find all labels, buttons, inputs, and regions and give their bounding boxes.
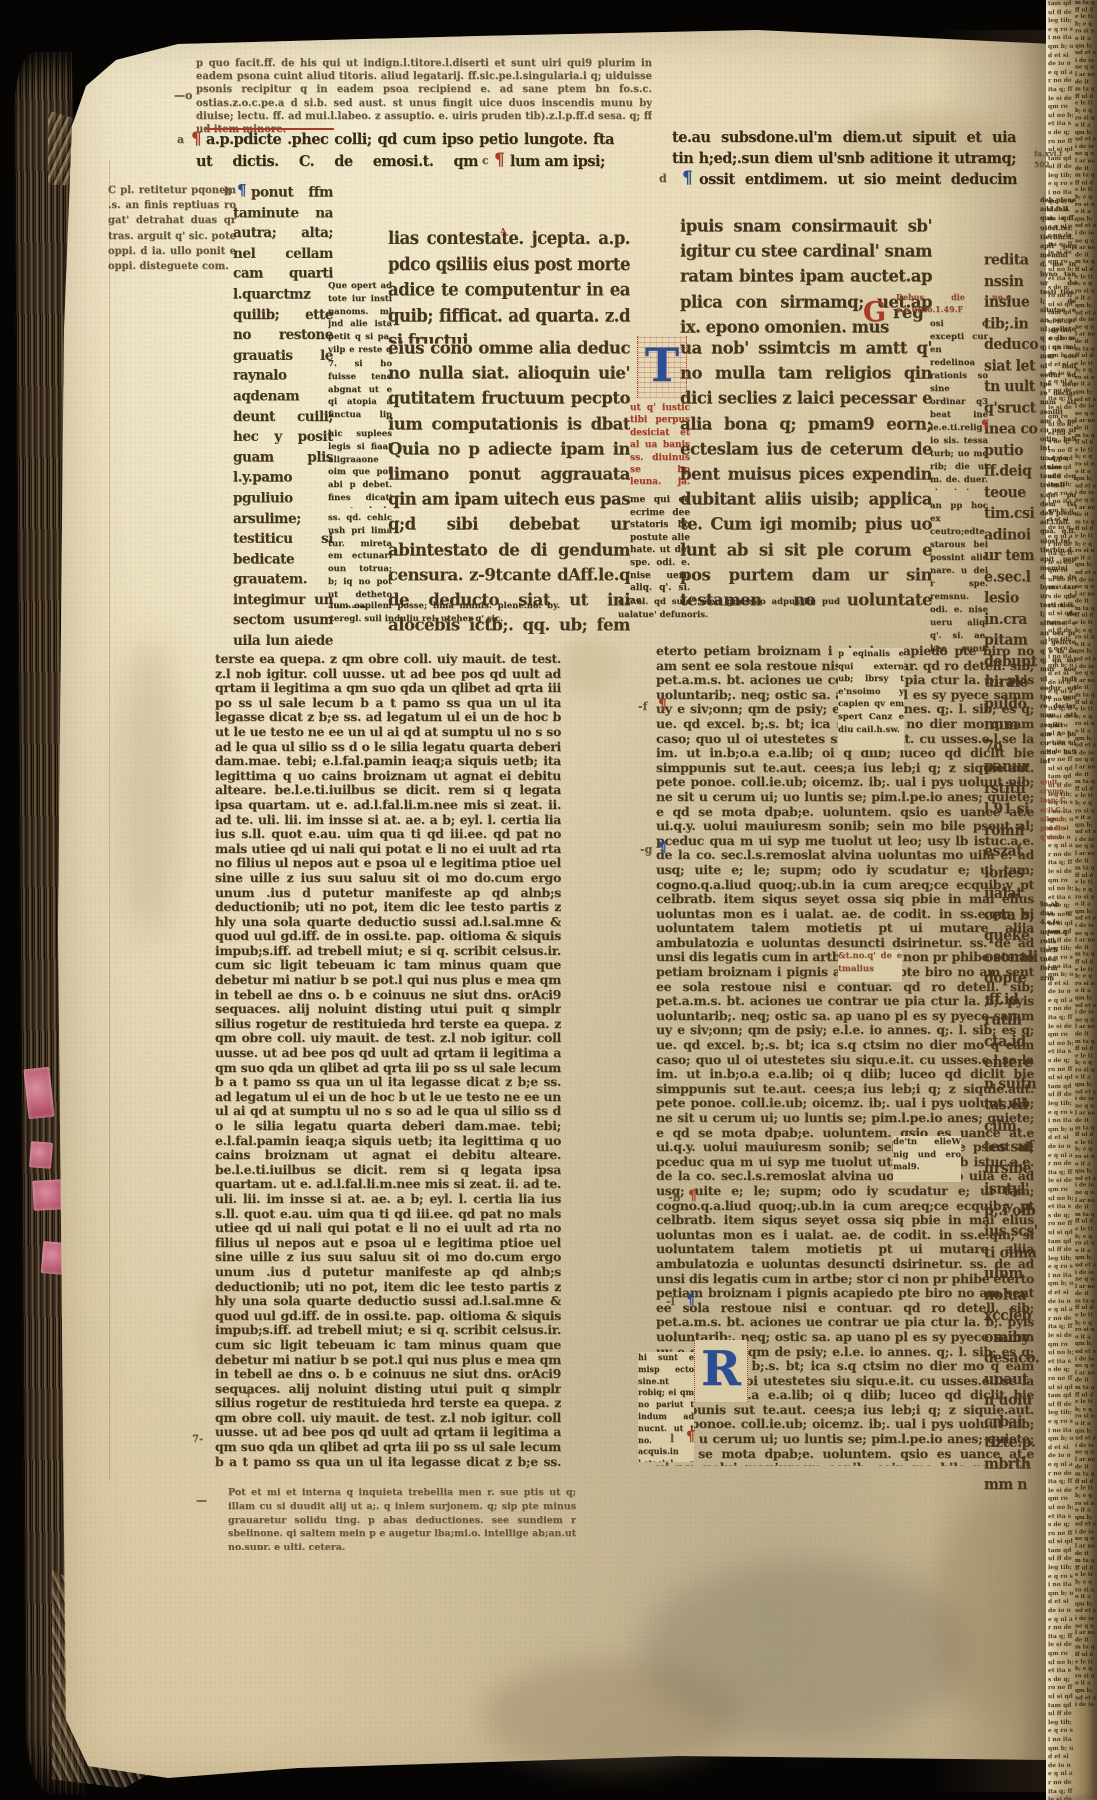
facing-page-text-column-2: m ta q ff ul de le ti b; e q ro si no it… — [1075, 0, 1096, 1710]
right-gloss-pilcrow-2: ¶ — [658, 840, 673, 860]
footnote-dash: — — [196, 1494, 222, 1508]
gloss-si-ho: 7. si ho fuisse tene abgnat ut e qi atop… — [328, 358, 392, 422]
right-gloss-marker-f: -f — [638, 700, 654, 716]
header-left-rubric-line — [206, 128, 334, 130]
micro-gloss-col-2: §n.ab dua n 4.e.io uqem.q. roils tiscb t… — [1040, 900, 1070, 1012]
right-gloss-pilcrow-1: ¶ — [658, 697, 673, 717]
gloss-hic-suplees: hic suplees legis si fiaat aligraaone oi… — [328, 428, 392, 508]
right-gloss-marker-b: -b — [668, 1191, 684, 1207]
right-gloss-marker-l: -l — [666, 1295, 682, 1311]
bookmark-tab — [29, 1141, 53, 1168]
right-gloss-marker-l2: l — [670, 1432, 684, 1448]
bookmark-tab — [23, 1067, 54, 1119]
header-right-line-3: ossit entdimem. ut sio meint deducim ipi… — [699, 169, 1017, 192]
header-right-line-2: tin h;ed;.sun diem ul'snb aditione it ut… — [672, 148, 1016, 171]
header-ref-letter-a: a — [177, 133, 191, 149]
mini-gloss-detn: de'tn elieW nig und ero mal9. — [893, 1136, 961, 1182]
footnote-marker: 7- — [192, 1434, 214, 1448]
rightmargin-gloss-2: an pp hoc ex ceutro;edte starous bei pos… — [930, 500, 988, 652]
header-left-line-1: a.p.pdicte .phec colli; qd cum ipso peti… — [206, 129, 614, 152]
leaf-number-annotation: fa.xvi.f 502 — [1034, 148, 1080, 178]
initial-R: R — [694, 1340, 748, 1402]
right-narrow-column-pilcrow: ¶ — [981, 418, 995, 436]
farleft-marginal-gloss: C pl. retitetur pqonem .s. an finis rept… — [108, 183, 236, 277]
mainleft-column-top: lias contestate. jcepta. a.p. pdco qsili… — [388, 226, 630, 344]
header-ref-letter-d: d — [659, 172, 671, 188]
header-left-pilcrow-2: ¶ — [494, 150, 510, 172]
right-gloss-marker-g: -g — [640, 843, 656, 859]
gloss-ss-qd: ss. qd. cehic ush pri lima tur. mireta e… — [328, 512, 392, 608]
header-right-line-1: te.au subsdone.ul'm diem.ut sipuit et ui… — [672, 127, 1016, 150]
gloss-d-c-al: d.C.al. qd sule' ssen gmissao adpustib; … — [618, 596, 840, 622]
header-left-pilcrow-1: ¶ — [191, 129, 207, 151]
right-gloss-pilcrow-4: ¶ — [686, 1292, 701, 1312]
mainleft-red-caret: ʌ — [500, 226, 512, 238]
rightmargin-gloss-1: osi q excepti cur en redelinoa rationis … — [930, 318, 988, 490]
header-left-line-2b: lum am ipsi; — [510, 151, 614, 174]
mainleft-column-body: eius cono omme alia deduc no nulla siat.… — [388, 336, 630, 640]
manuscript-photograph: tam qd ul ff de leg tib; e q ro si no it… — [0, 0, 1097, 1800]
initial-G: G — [863, 297, 893, 331]
micro-gloss-col-1: deb plene ad.l.fall. qua. q.ff. uiost.te… — [1040, 196, 1076, 768]
header-ref-letter-c: c — [482, 154, 494, 170]
micro-gloss-col-red: e)ult crump insp;.C. ecli.C.i aliqua pon… — [1040, 778, 1070, 894]
left-narrow-column: ponut ffm taminute na autra; alta; nel c… — [233, 183, 333, 653]
right-gloss-pilcrow-5: ¶ — [686, 1429, 701, 1449]
ruling-line — [109, 160, 110, 1480]
left-gloss-plus-mark: + — [243, 1386, 263, 1404]
mini-gloss-pequinalis: p eqinalis e qui extern ub; lbrsy t e'ns… — [838, 648, 904, 750]
mini-gloss-et-no: &t.no.q' de e tmalius — [838, 950, 902, 982]
right-gloss-pilcrow-3: ¶ — [688, 1188, 703, 1208]
mainright-column-body: ua nob' ssimtcis m amtt q' no mulla tam … — [680, 336, 932, 615]
header-right-pilcrow: ¶ — [682, 168, 698, 190]
footnote-gloss: Pot et mi et interna q inquieta trebelli… — [228, 1486, 576, 1550]
header-left-line-2: ut dictis. C. de emosi.t. qm impriorib; — [196, 151, 478, 174]
left-gloss-block: terste ea quepa. z qm obre coll. uiy mau… — [215, 652, 561, 1470]
gloss-que-opert: Que opert ad tote iur insti nanoms. ml j… — [328, 280, 392, 356]
